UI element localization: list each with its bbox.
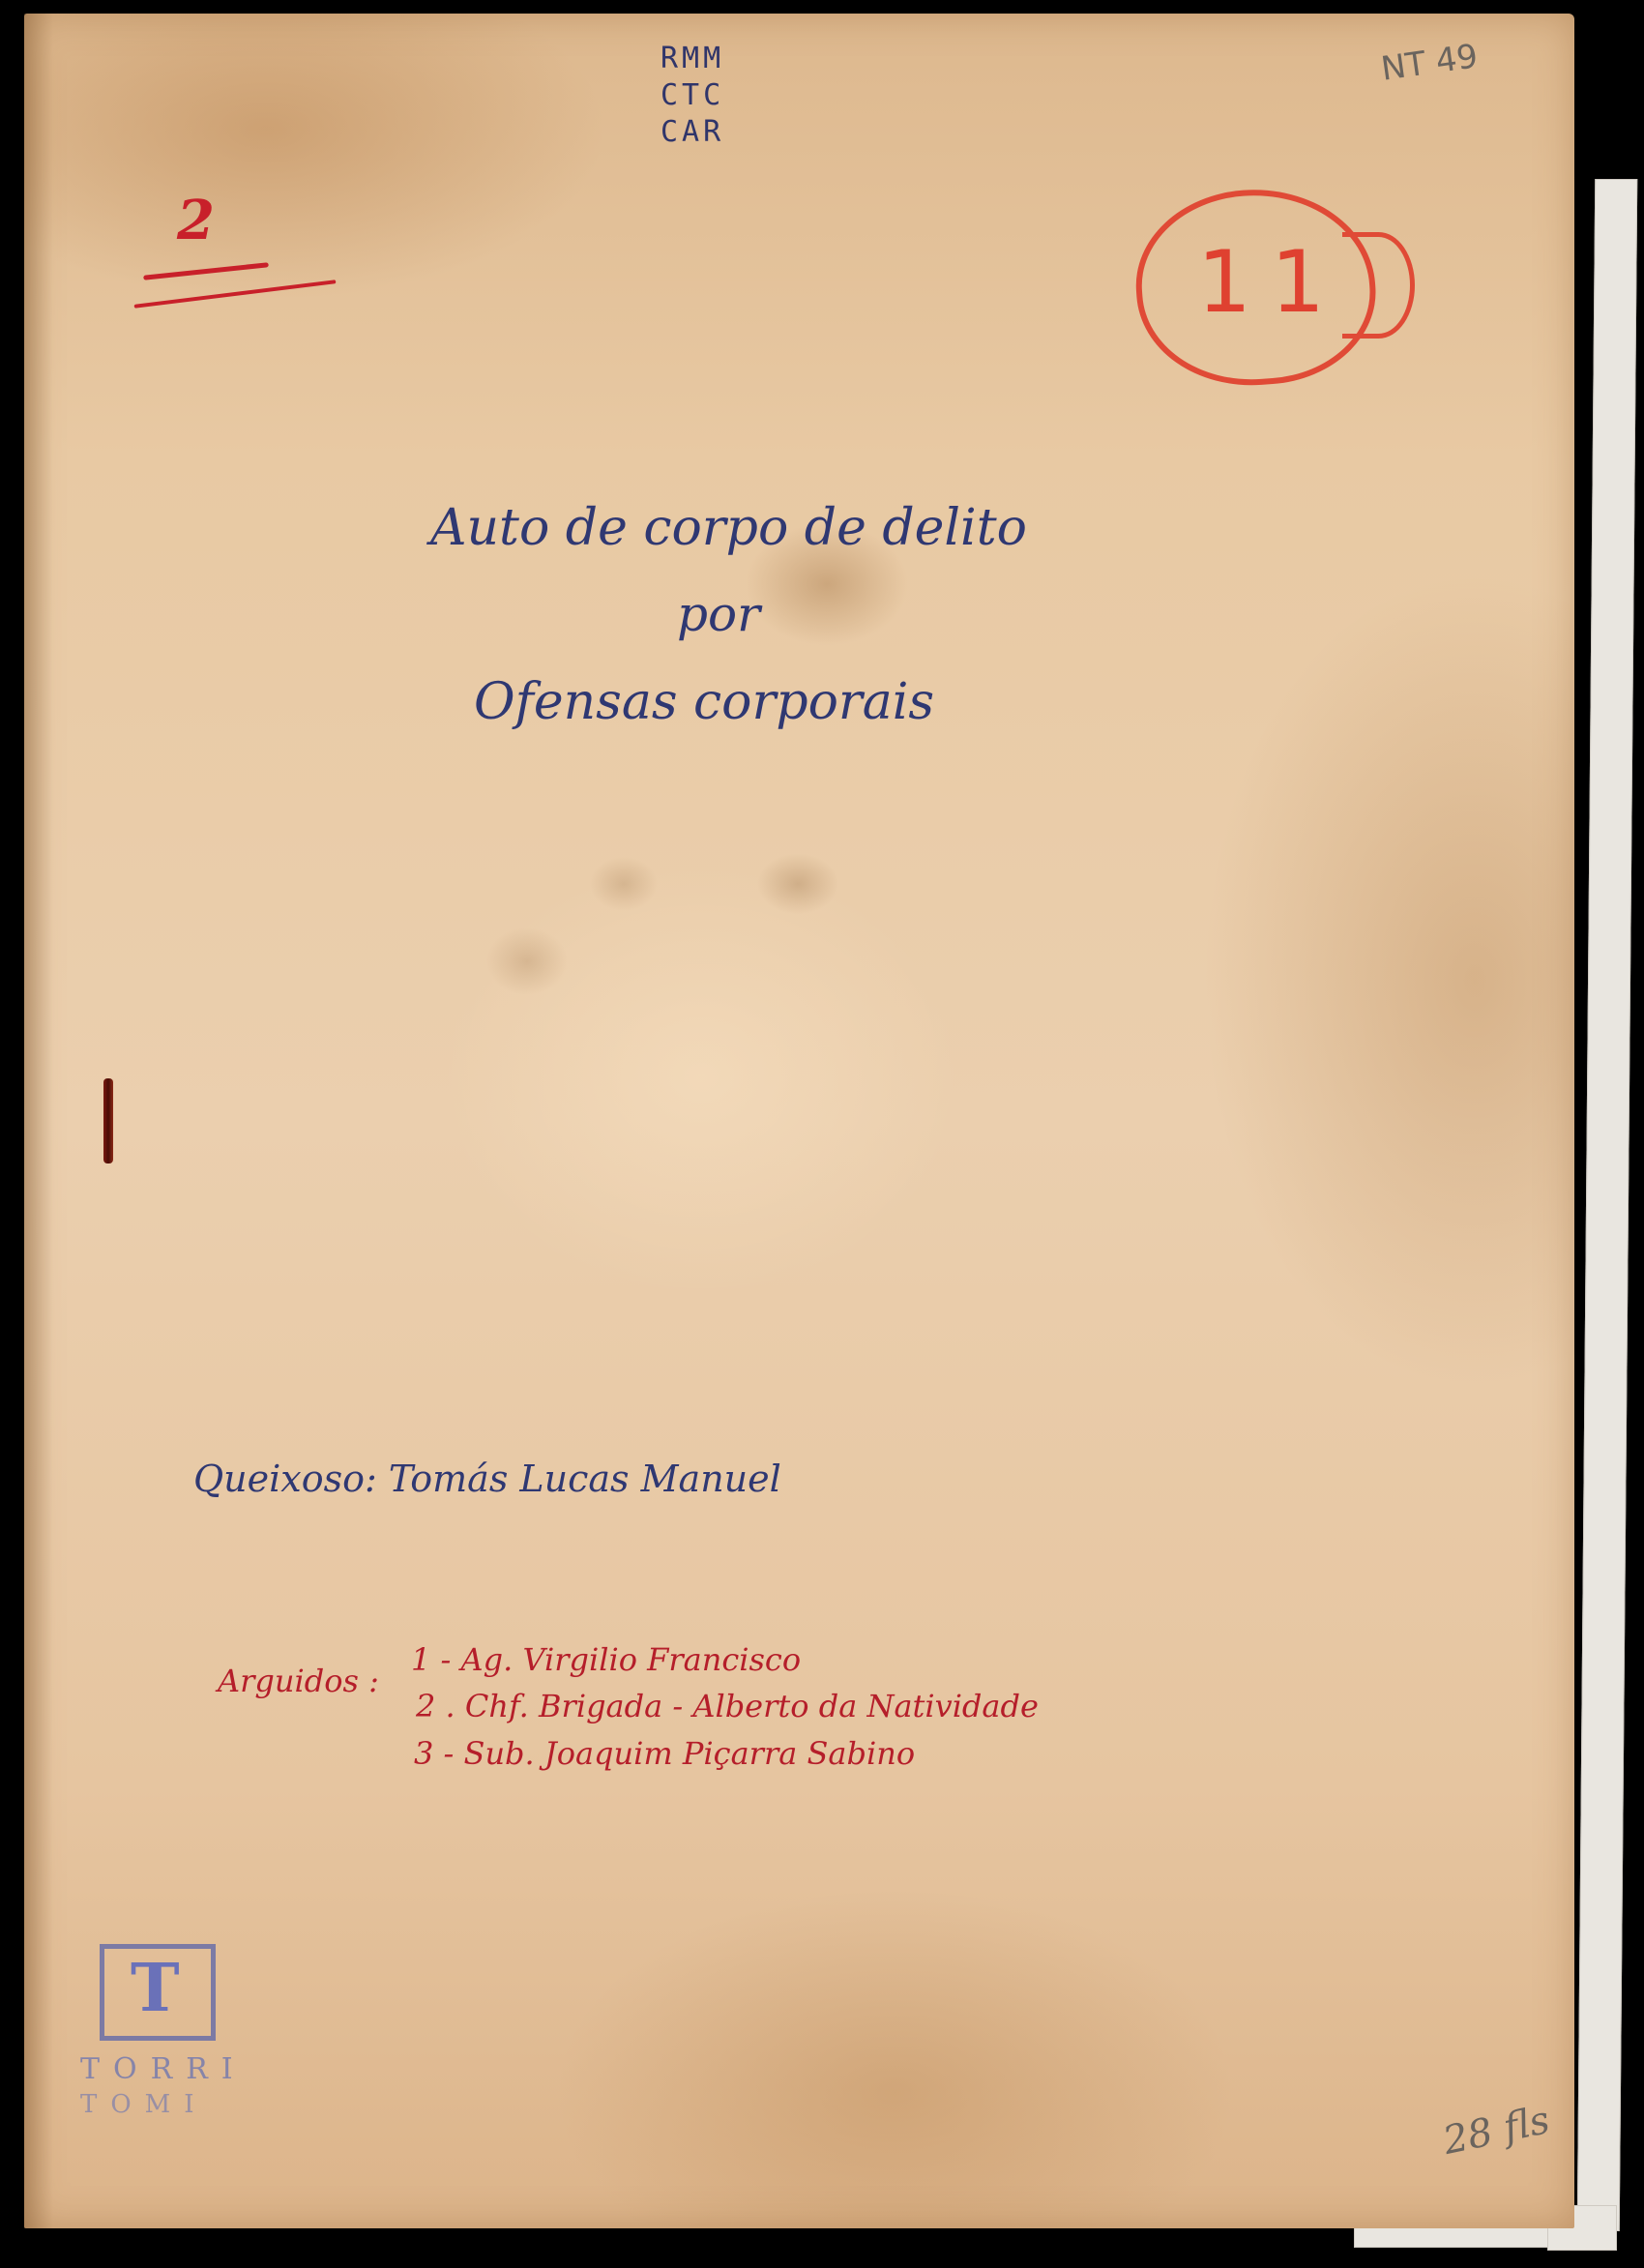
archive-stamp-text: TORRI — [80, 2055, 247, 2084]
folder-number: 2 — [177, 193, 215, 248]
accused-item: 1 - Ag. Virgilio Francisco — [411, 1644, 801, 1675]
initials-line: RMM — [661, 41, 724, 77]
page-fold-shadow — [24, 14, 53, 2228]
accused-item: 2 . Chf. Brigada - Alberto da Natividade — [416, 1691, 1039, 1722]
initials-line: CAR — [661, 114, 724, 151]
circle-mark-lobe — [1342, 232, 1415, 339]
complainant-label: Queixoso: — [193, 1458, 377, 1500]
initials-line: CTC — [661, 77, 724, 114]
document-title-connector: por — [677, 590, 760, 638]
top-initials: RMM CTC CAR — [661, 41, 724, 151]
circled-number: 11 — [1197, 240, 1344, 325]
archive-stamp-letter: T — [131, 1956, 180, 2021]
document-title: Auto de corpo de delito — [430, 503, 1027, 553]
staple — [103, 1078, 113, 1163]
complainant: Queixoso: Tomás Lucas Manuel — [193, 1460, 781, 1497]
accused-label: Arguidos : — [218, 1665, 379, 1696]
accused-item: 3 - Sub. Joaquim Piçarra Sabino — [414, 1738, 915, 1769]
back-sheet — [1577, 179, 1638, 2231]
document-subtitle: Ofensas corporais — [474, 677, 934, 727]
archive-stamp-text: TOMI — [80, 2092, 208, 2117]
complainant-name: Tomás Lucas Manuel — [389, 1458, 781, 1500]
